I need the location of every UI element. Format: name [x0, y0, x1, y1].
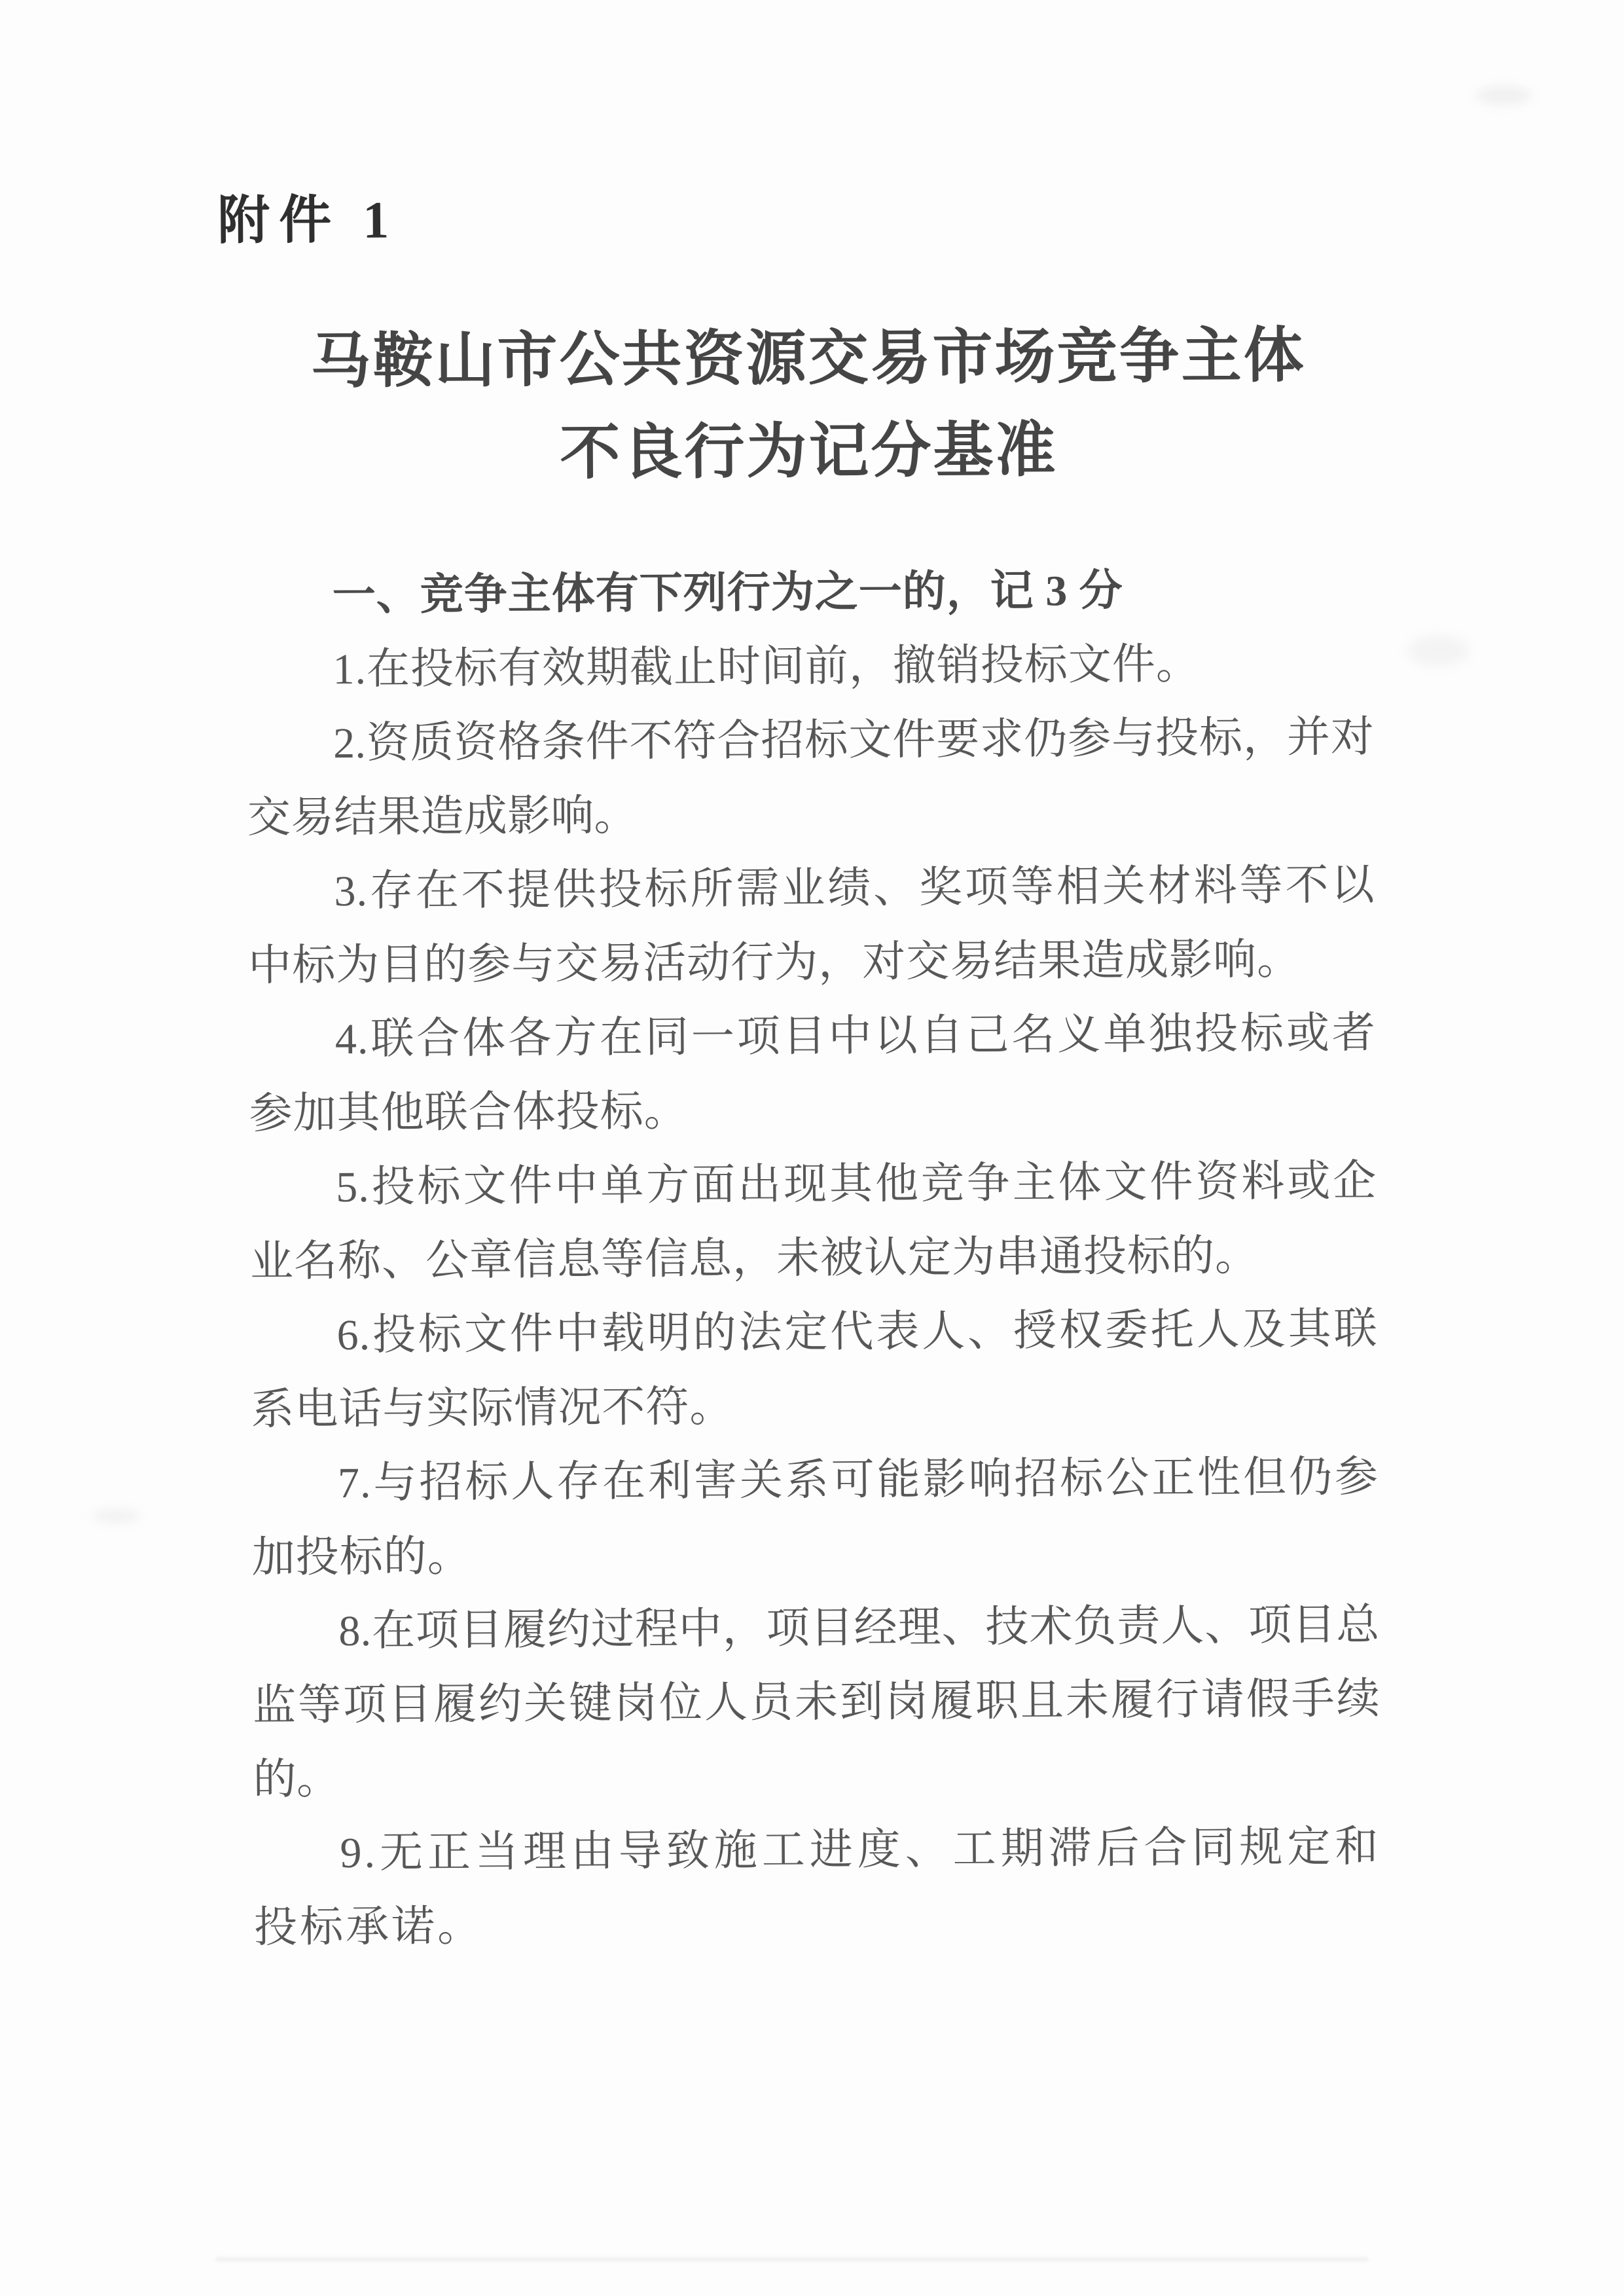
rule-item-3: 3.存在不提供投标所需业绩、奖项等相关材料等不以中标为目的参与交易活动行为，对交…	[247, 848, 1375, 1003]
document-content: 附件 1 马鞍山市公共资源交易市场竞争主体 不良行为记分基准 一、竞争主体有下列…	[244, 187, 1381, 1964]
scan-edge-artifact	[216, 2257, 1368, 2261]
scan-smudge	[1407, 635, 1470, 666]
rule-item-5: 5.投标文件中单方面出现其他竞争主体文件资料或企业名称、公章信息等信息，未被认定…	[249, 1144, 1377, 1299]
title-line-1: 马鞍山市公共资源交易市场竞争主体	[244, 308, 1372, 409]
rule-item-8: 8.在项目履约过程中，项目经理、技术负责人、项目总监等项目履约关键岗位人员未到岗…	[252, 1588, 1380, 1817]
document-title: 马鞍山市公共资源交易市场竞争主体 不良行为记分基准	[244, 308, 1373, 501]
title-line-2: 不良行为记分基准	[245, 401, 1373, 501]
scan-smudge	[1476, 86, 1532, 105]
rule-item-6: 6.投标文件中载明的法定代表人、授权委托人及其联系电话与实际情况不符。	[250, 1292, 1378, 1447]
attachment-label: 附件 1	[217, 187, 1371, 249]
rule-item-4: 4.联合体各方在同一项目中以自己名义单独投标或者参加其他联合体投标。	[249, 996, 1377, 1151]
rule-item-2: 2.资质资格条件不符合招标文件要求仍参与投标，并对交易结果造成影响。	[247, 700, 1375, 855]
rule-item-9: 9.无正当理由导致施工进度、工期滞后合同规定和投标承诺。	[253, 1810, 1381, 1965]
scanned-document-page: 附件 1 马鞍山市公共资源交易市场竞争主体 不良行为记分基准 一、竞争主体有下列…	[0, 0, 1624, 2296]
section-heading: 一、竞争主体有下列行为之一的，记 3 分	[245, 552, 1373, 633]
rule-item-1: 1.在投标有效期截止时间前，撤销投标文件。	[246, 626, 1374, 707]
rule-item-7: 7.与招标人存在利害关系可能影响招标公正性但仍参加投标的。	[251, 1440, 1379, 1595]
scan-smudge	[92, 1509, 141, 1523]
